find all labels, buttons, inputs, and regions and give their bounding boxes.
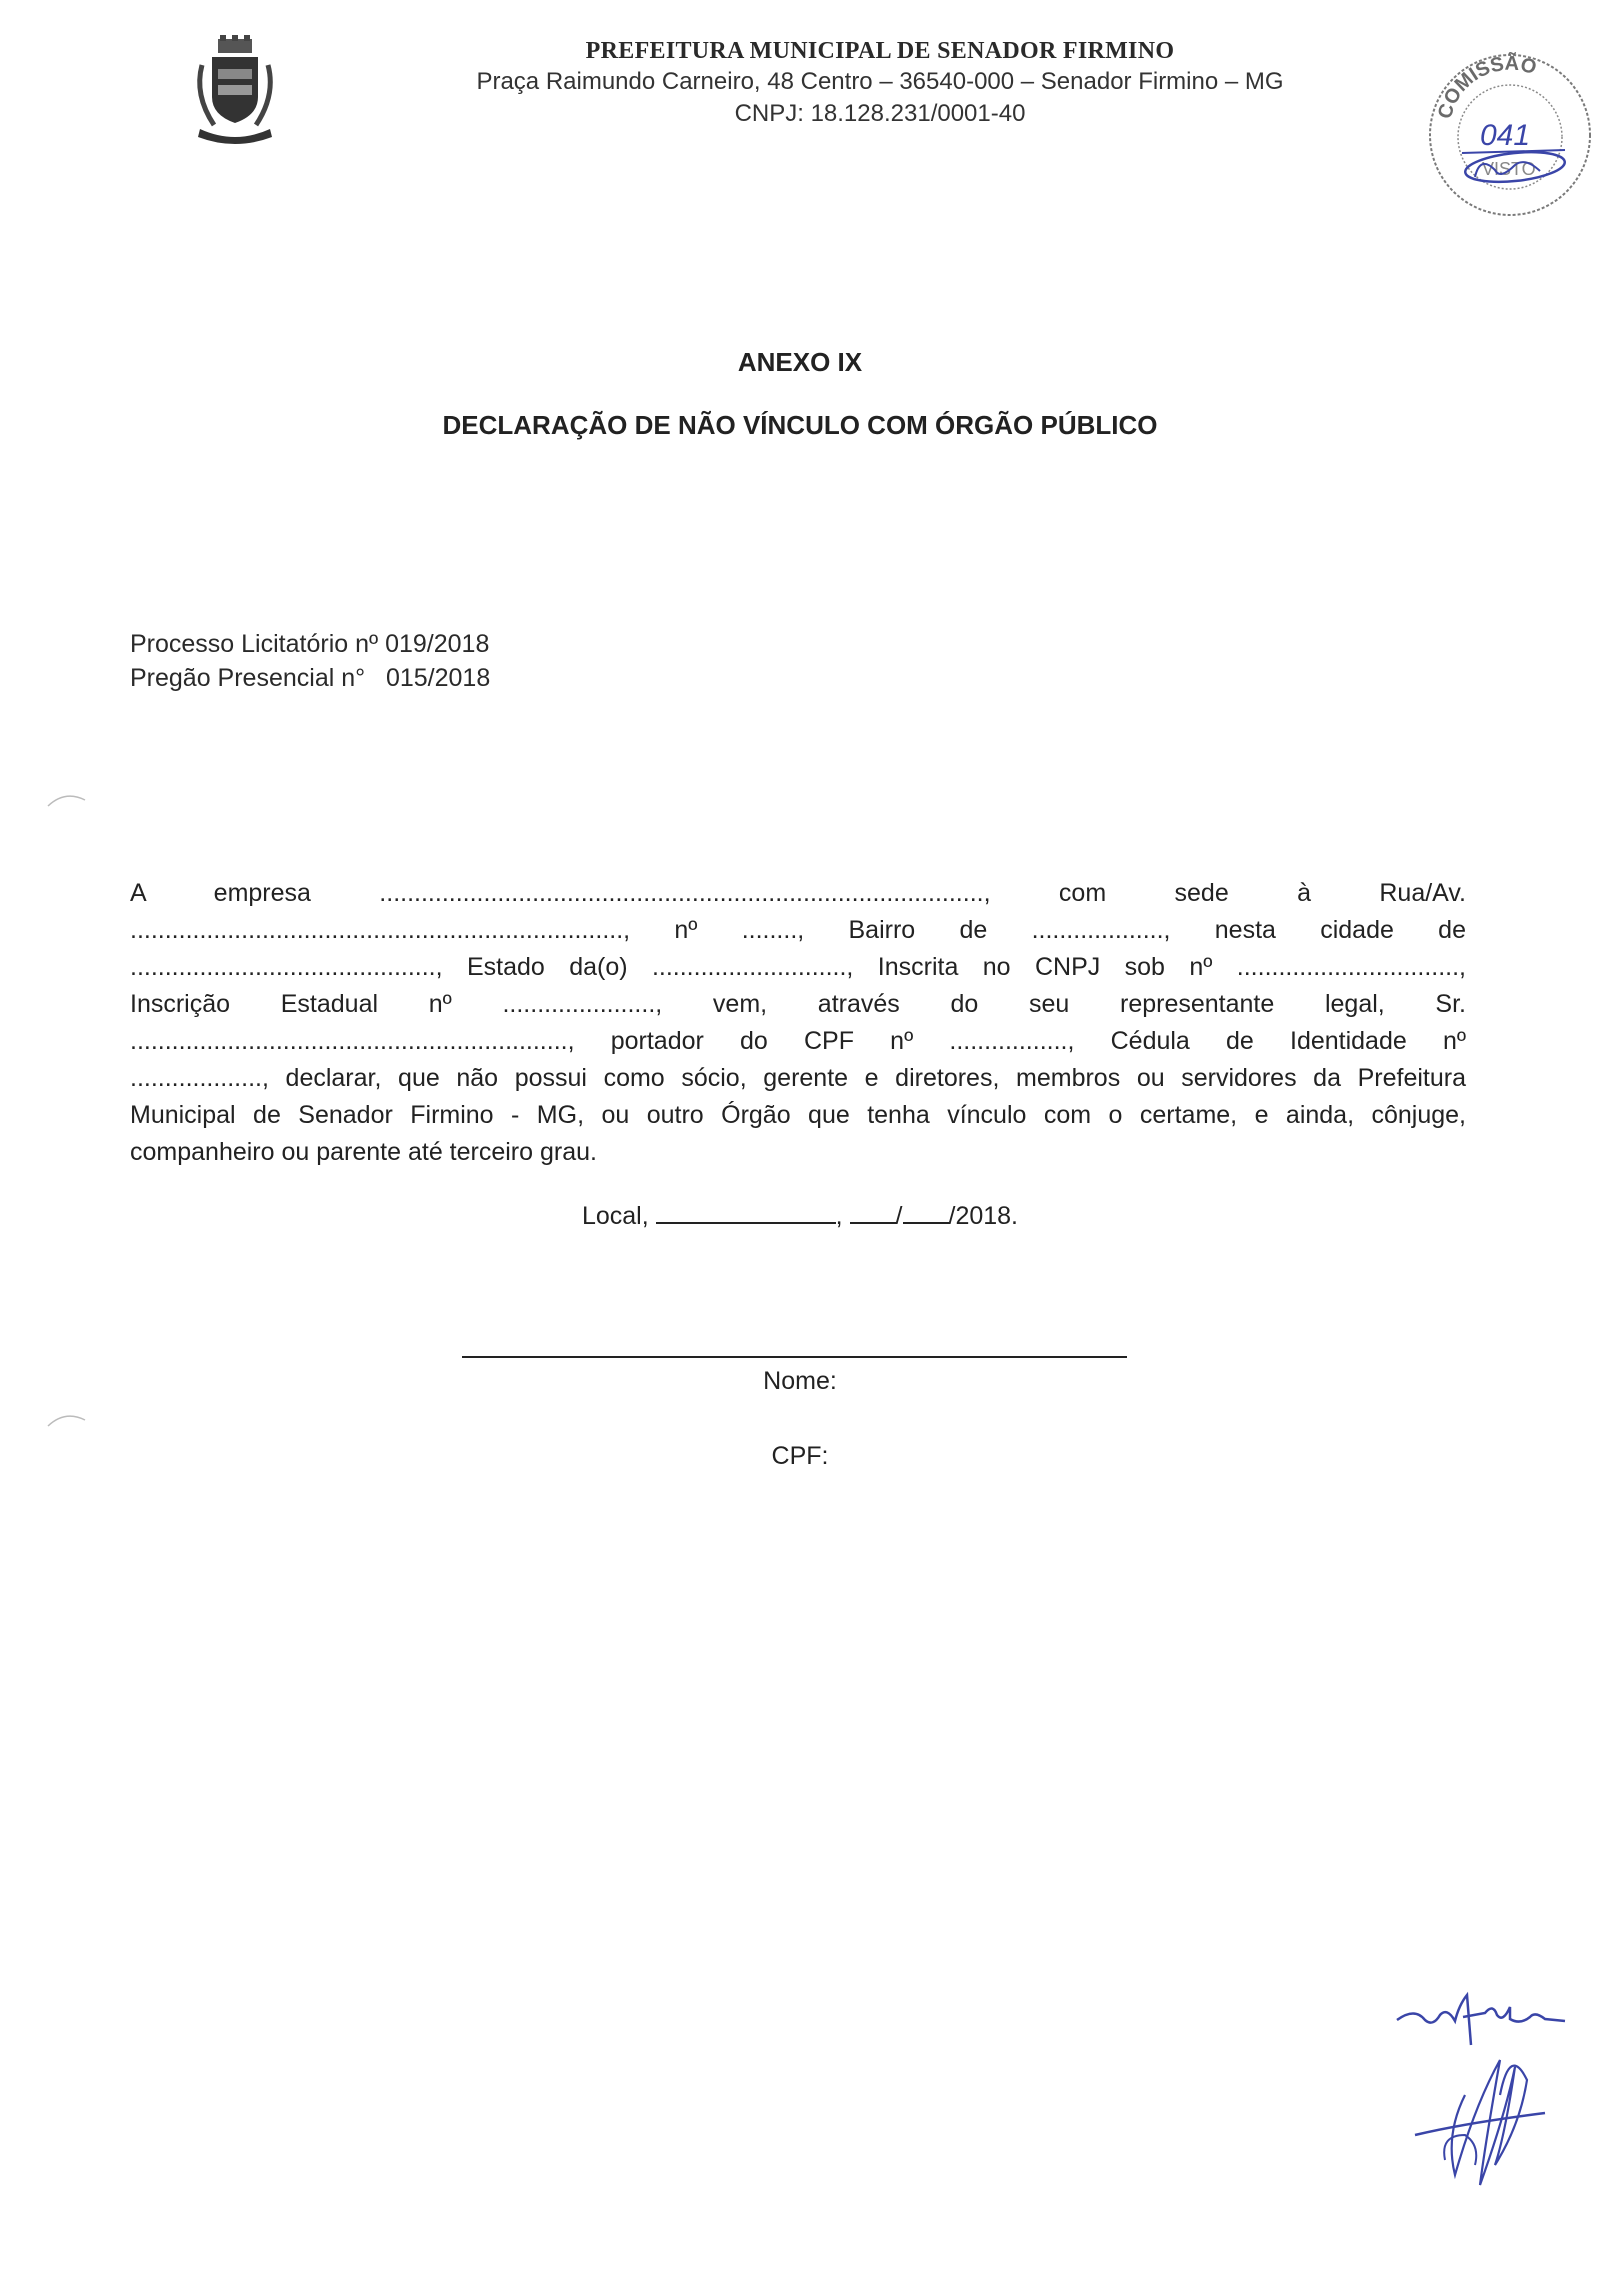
declaration-body: A empresa ..............................…: [130, 875, 1466, 1171]
month-blank[interactable]: [903, 1200, 949, 1224]
org-name: PREFEITURA MUNICIPAL DE SENADOR FIRMINO: [0, 38, 1600, 65]
process-number: Processo Licitatório nº 019/2018: [130, 627, 490, 661]
auction-number: Pregão Presencial n° 015/2018: [130, 661, 490, 695]
local-label: Local,: [582, 1202, 649, 1230]
body-line: A empresa ..............................…: [130, 875, 1466, 912]
handwritten-signature-icon: [1385, 1985, 1585, 2205]
body-line: Inscrição Estadual nº ..................…: [130, 986, 1466, 1023]
body-line: companheiro ou parente até terceiro grau…: [130, 1134, 1466, 1171]
scan-mark-icon: [40, 790, 100, 810]
day-blank[interactable]: [850, 1200, 896, 1224]
year-suffix: /2018.: [949, 1202, 1019, 1230]
process-info: Processo Licitatório nº 019/2018 Pregão …: [130, 627, 490, 695]
place-date-line: Local, , //2018.: [0, 1200, 1600, 1231]
body-line: ..................., declarar, que não p…: [130, 1060, 1466, 1097]
scan-mark-icon: [40, 1410, 100, 1430]
body-line: ........................................…: [130, 912, 1466, 949]
body-line: Municipal de Senador Firmino - MG, ou ou…: [130, 1097, 1466, 1134]
org-address: Praça Raimundo Carneiro, 48 Centro – 365…: [0, 68, 1600, 96]
place-blank[interactable]: [656, 1200, 836, 1224]
org-cnpj: CNPJ: 18.128.231/0001-40: [0, 100, 1600, 128]
declaration-title: DECLARAÇÃO DE NÃO VÍNCULO COM ÓRGÃO PÚBL…: [0, 410, 1600, 441]
body-line: ........................................…: [130, 1023, 1466, 1060]
round-commission-stamp-icon: COMISSÃO 041 VISTO: [1420, 45, 1595, 225]
signature-cpf-label: CPF:: [0, 1442, 1600, 1471]
annex-heading: ANEXO IX: [0, 347, 1600, 378]
body-line: ........................................…: [130, 949, 1466, 986]
stamp-number: 041: [1480, 119, 1530, 152]
signature-line[interactable]: [462, 1356, 1127, 1358]
signature-name-label: Nome:: [0, 1367, 1600, 1396]
